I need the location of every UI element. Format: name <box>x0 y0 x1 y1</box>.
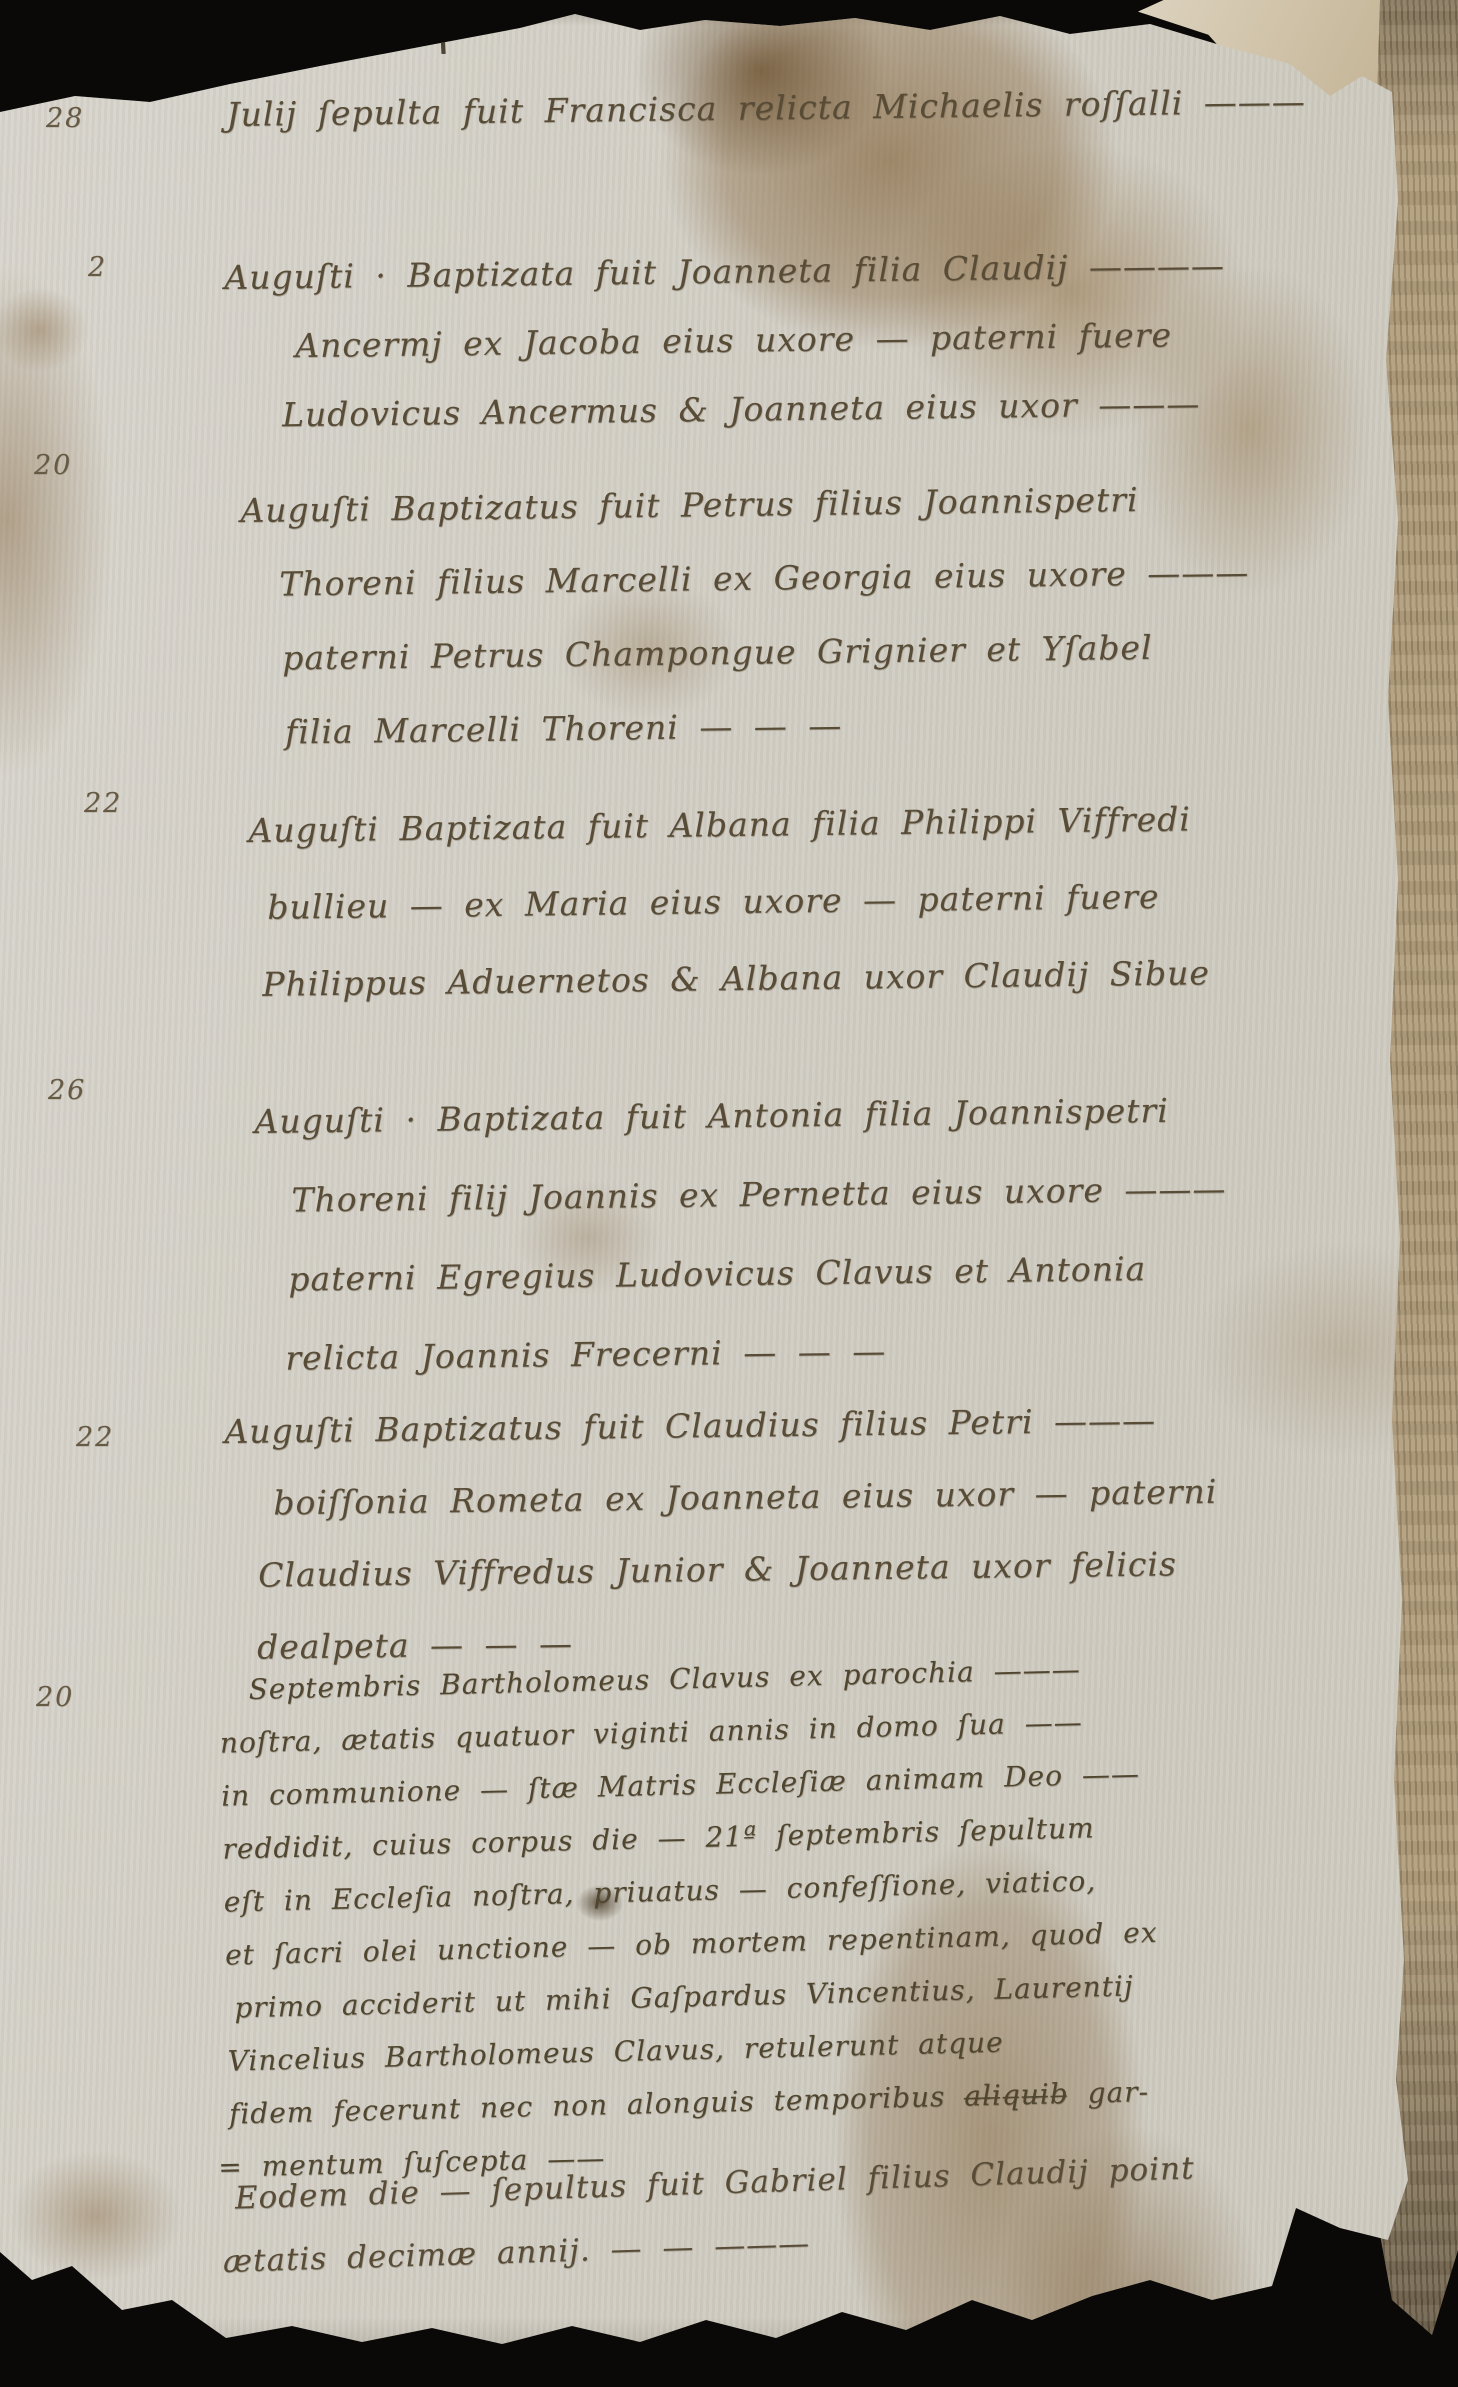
entry-text-block: Auguſti · Baptizata fuit Antonia filia J… <box>254 1070 1229 1398</box>
entry-text-block: Auguſti Baptizata fuit Albana filia Phil… <box>248 780 1210 1023</box>
entry-line: Auguſti · Baptizata fuit Joanneta filia … <box>224 231 1225 312</box>
entry-line: Julij ſepulta fuit Francisca relicta Mic… <box>226 67 1306 150</box>
entry-day-number: 26 <box>48 1075 86 1106</box>
entry-line: Auguſti Baptizata fuit Albana filia Phil… <box>248 780 1208 869</box>
entry-day-number: 22 <box>76 1422 114 1453</box>
entry-text-block: Auguſti · Baptizata fuit Joanneta filia … <box>224 231 1227 450</box>
entry-line: Ancermj ex Jacoba eius uxore — paterni f… <box>225 300 1226 381</box>
entry-text-block: Septembris Bartholomeus Clavus ex paroch… <box>206 1641 1163 2194</box>
entry-line: Philippus Aduernetos & Albana uxor Claud… <box>250 934 1210 1023</box>
manuscript-photo: + 28 Julij ſepulta fuit Francisca relict… <box>0 0 1458 2387</box>
entry-line: Thoreni filij Joannis ex Pernetta eius u… <box>255 1149 1227 1240</box>
entry-line: relicta Joannis Frecerni — — — <box>257 1307 1229 1398</box>
register-page: + 28 Julij ſepulta fuit Francisca relict… <box>0 0 1458 2387</box>
entry-day-number: 22 <box>84 788 122 819</box>
entry-text-block: Auguſti Baptizatus fuit Petrus filius Jo… <box>240 462 1252 770</box>
entry-text-block: Auguſti Baptizatus fuit Claudius filius … <box>224 1384 1220 1684</box>
entry-line: Ludovicus Ancermus & Joanneta eius uxor … <box>226 369 1227 450</box>
entry-text-block: Julij ſepulta fuit Francisca relicta Mic… <box>226 67 1306 150</box>
entry-day-number: 20 <box>36 1682 74 1713</box>
entry-line: Thoreni filius Marcelli ex Georgia eius … <box>241 536 1250 622</box>
entry-day-number: 20 <box>34 450 72 481</box>
entry-line: bullieu — ex Maria eius uxore — paterni … <box>249 857 1209 946</box>
entry-line: paterni Petrus Champongue Grignier et Yſ… <box>242 610 1251 696</box>
entry-line: paterni Egregius Ludovicus Clavus et Ant… <box>256 1228 1228 1319</box>
entry-day-number: 2 <box>88 252 107 283</box>
entry-line: filia Marcelli Thoreni — — — <box>243 684 1252 770</box>
entry-line: Claudius Viffredus Junior & Joanneta uxo… <box>226 1528 1219 1612</box>
entry-line: boiſſonia Rometa ex Joanneta eius uxor —… <box>225 1456 1218 1540</box>
cross-mark: + <box>418 3 466 68</box>
entry-line: Auguſti Baptizatus fuit Petrus filius Jo… <box>240 462 1249 548</box>
entry-line: Auguſti · Baptizata fuit Antonia filia J… <box>254 1070 1226 1161</box>
entry-line: Auguſti Baptizatus fuit Claudius filius … <box>224 1384 1217 1468</box>
entry-day-number: 28 <box>46 103 84 134</box>
